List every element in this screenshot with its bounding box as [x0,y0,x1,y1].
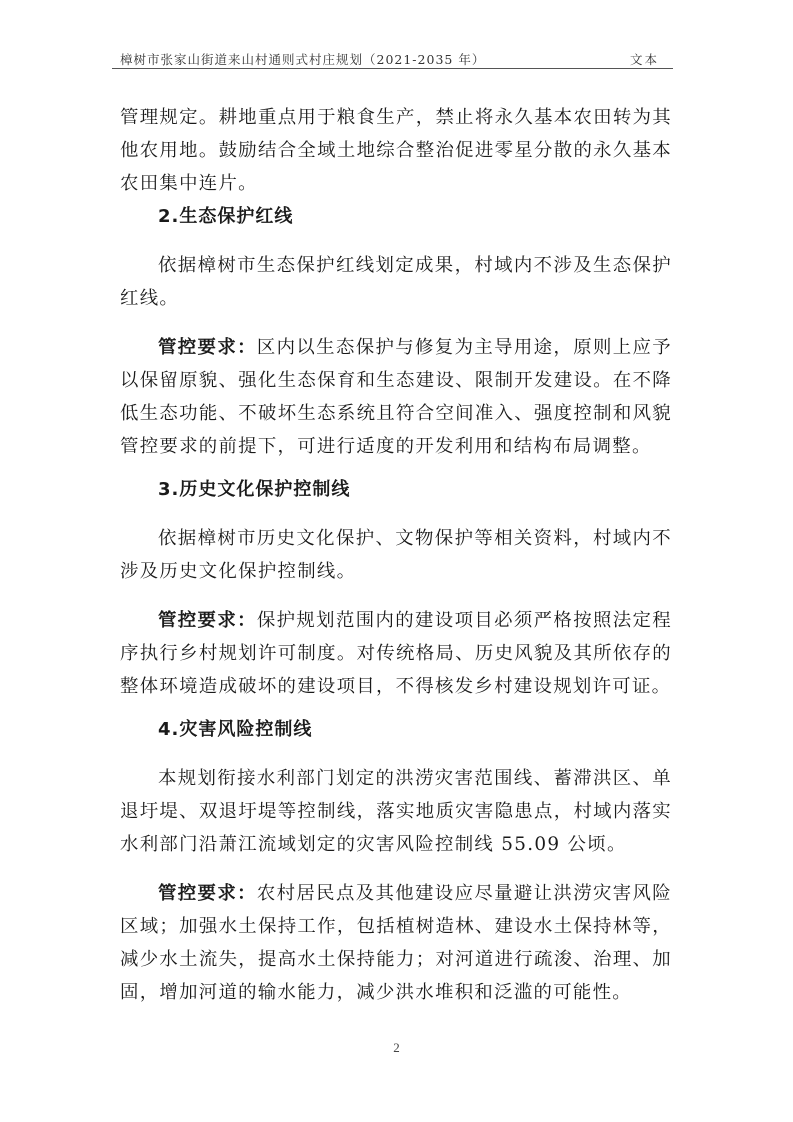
page-body: 管理规定。耕地重点用于粮食生产，禁止将永久基本农田转为其他农用地。鼓励结合全域土… [120,101,672,1009]
page-header: 樟树市张家山街道来山村通则式村庄规划（2021-2035 年） 文本 [112,48,673,69]
control-label: 管控要求： [158,337,257,358]
control-paragraph-ecological: 管控要求：区内以生态保护与修复为主导用途，原则上应予以保留原貌、强化生态保育和生… [120,331,672,463]
section-text-ecological: 依据樟树市生态保护红线划定成果，村域内不涉及生态保护红线。 [120,249,672,315]
section-heading-heritage: 3.历史文化保护控制线 [120,473,672,506]
control-label: 管控要求： [158,883,257,904]
control-paragraph-heritage: 管控要求：保护规划范围内的建设项目必须严格按照法定程序执行乡村规划许可制度。对传… [120,604,672,703]
section-heading-hazard: 4.灾害风险控制线 [120,713,672,746]
control-paragraph-hazard: 管控要求：农村居民点及其他建设应尽量避让洪涝灾害风险区域；加强水土保持工作，包括… [120,877,672,1009]
document-title: 樟树市张家山街道来山村通则式村庄规划（2021-2035 年） [120,50,485,68]
section-text-heritage: 依据樟树市历史文化保护、文物保护等相关资料，村域内不涉及历史文化保护控制线。 [120,522,672,588]
section-heading-ecological: 2.生态保护红线 [120,200,672,233]
page-number: 2 [0,1040,793,1056]
section-text-hazard: 本规划衔接水利部门划定的洪涝灾害范围线、蓄滞洪区、单退圩堤、双退圩堤等控制线，落… [120,762,672,861]
document-type-label: 文本 [630,50,659,68]
intro-paragraph: 管理规定。耕地重点用于粮食生产，禁止将永久基本农田转为其他农用地。鼓励结合全域土… [120,101,672,200]
control-label: 管控要求： [158,610,257,631]
